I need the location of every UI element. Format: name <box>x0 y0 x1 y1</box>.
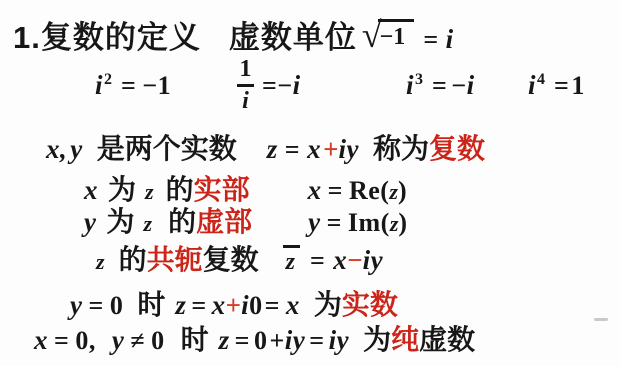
text-run: = <box>235 326 250 356</box>
text-run: 的 <box>119 238 147 278</box>
text-run: 4 <box>537 71 545 89</box>
text-run: 是两个实数 <box>97 127 237 167</box>
text-run: z <box>267 134 278 165</box>
imaginary-part-line: y为z的虚部y=Im(z) <box>84 200 408 240</box>
keyword-real-number: 实数 <box>342 283 398 323</box>
text-run: 复数 <box>203 238 259 278</box>
text-run: i <box>241 290 249 321</box>
text-run: 1 <box>571 71 585 101</box>
text-run: 的 <box>168 200 196 240</box>
sqrt-expression: √ −1 <box>362 18 414 54</box>
formula-i-cubed: i3=−i <box>406 70 475 101</box>
text-run: 0 <box>249 291 263 321</box>
text-run: Im( <box>348 208 390 238</box>
text-run: 时 <box>137 283 165 323</box>
fraction-rhs: =−i <box>257 70 301 101</box>
text-run: i <box>95 70 103 101</box>
text-run: y <box>70 290 82 321</box>
text-run: 为 <box>314 283 342 323</box>
text-run: iy <box>285 325 306 356</box>
text-run: = <box>265 291 280 321</box>
text-run: 称为 <box>373 127 429 167</box>
formula-i-fourth: i4=1 <box>528 70 585 101</box>
formula-i-squared: i2=−1 <box>95 70 171 101</box>
text-run: = <box>54 326 69 356</box>
text-run: x <box>333 245 347 276</box>
text-run: z <box>175 290 186 321</box>
fraction-numerator: 1 <box>240 57 252 82</box>
text-run: ≠ <box>130 326 145 356</box>
text-run: i <box>467 70 475 101</box>
text-run: − <box>451 71 466 101</box>
conjugate-formula: =x−iy <box>300 245 383 276</box>
text-run: = <box>423 25 438 55</box>
text-run: = <box>88 291 103 321</box>
text-run: i <box>406 70 414 101</box>
fraction: 1 i <box>237 57 254 114</box>
conjugate-line: z的共轭复数 z =x−iy <box>96 238 383 278</box>
stray-mark <box>594 318 608 321</box>
title-text: 1.复数的定义虚数单位 <box>13 12 357 57</box>
text-run: 3 <box>415 71 423 89</box>
text-run: i <box>446 24 454 55</box>
text-run: = <box>262 71 277 101</box>
fraction-bar <box>237 84 254 87</box>
text-run: y <box>70 134 82 165</box>
text-run: iy <box>329 325 350 356</box>
text-run: 为 <box>106 200 134 240</box>
text-run: y <box>84 207 96 238</box>
sqrt-radicand: −1 <box>378 19 415 51</box>
text-run: 时 <box>181 318 209 358</box>
text-run: = <box>285 135 300 165</box>
label-imaginary-unit: 虚数单位 <box>229 12 357 57</box>
keyword-conjugate: 共轭 <box>147 238 203 278</box>
fraction-denominator: i <box>242 89 249 114</box>
text-run: x <box>286 290 300 321</box>
keyword-complex-number: 复数 <box>429 127 485 167</box>
keyword-imaginary-number: 虚数 <box>419 318 475 358</box>
text-run: 0 <box>151 326 165 356</box>
real-case-line: y=0时z=x+i0=x为实数 <box>70 283 398 323</box>
text-run: 为 <box>363 318 391 358</box>
text-run: = <box>554 71 569 101</box>
text-run: x, <box>46 134 67 165</box>
text-run: = <box>310 246 325 276</box>
text-run: y <box>112 325 124 356</box>
text-run: i <box>293 70 301 101</box>
title-equals-i: =i <box>414 24 453 55</box>
conjugate-label: z的共轭复数 <box>96 238 259 278</box>
text-run: i <box>528 70 536 101</box>
text-run: x <box>34 325 48 356</box>
text-run: 0, <box>75 326 96 356</box>
text-run: 2 <box>104 71 112 89</box>
text-run: x <box>212 290 226 321</box>
text-run: = <box>191 291 206 321</box>
text-run: + <box>269 326 284 356</box>
text-run: = <box>309 326 324 356</box>
text-run: z <box>390 211 399 237</box>
text-run: + <box>323 134 338 165</box>
text-run: iy <box>363 245 384 276</box>
pure-imaginary-case-line: x=0,y≠0时z=0+iy=iy为纯虚数 <box>34 318 475 358</box>
keyword-imaginary-part: 虚部 <box>196 200 252 240</box>
text-run: iy <box>338 134 359 165</box>
text-run: + <box>226 290 241 321</box>
lecture-slide: 1.复数的定义虚数单位 √ −1 =i i2=−1 1 i =−i i3=−i … <box>0 0 620 366</box>
text-run: 0 <box>110 291 124 321</box>
definition-line: x,y是两个实数z=x+iy称为复数 <box>46 127 485 167</box>
text-run: z <box>144 211 153 237</box>
text-run: = <box>121 71 136 101</box>
text-run: 0 <box>254 326 268 356</box>
text-run: ) <box>398 208 407 238</box>
keyword-pure: 纯 <box>391 318 419 358</box>
text-run: = <box>432 71 447 101</box>
text-run: z <box>219 325 230 356</box>
text-run: z <box>96 249 105 275</box>
text-run: = <box>327 208 342 238</box>
text-run: − <box>347 245 362 276</box>
text-run: −1 <box>142 71 171 101</box>
slide-title: 1.复数的定义 <box>13 12 201 57</box>
formula-one-over-i: 1 i =−i <box>237 57 301 114</box>
text-run: y <box>308 207 320 238</box>
title-line: 1.复数的定义虚数单位 √ −1 =i <box>13 12 454 57</box>
z-bar-symbol: z <box>283 245 300 276</box>
text-run: − <box>277 71 292 101</box>
text-run: x <box>307 134 321 165</box>
